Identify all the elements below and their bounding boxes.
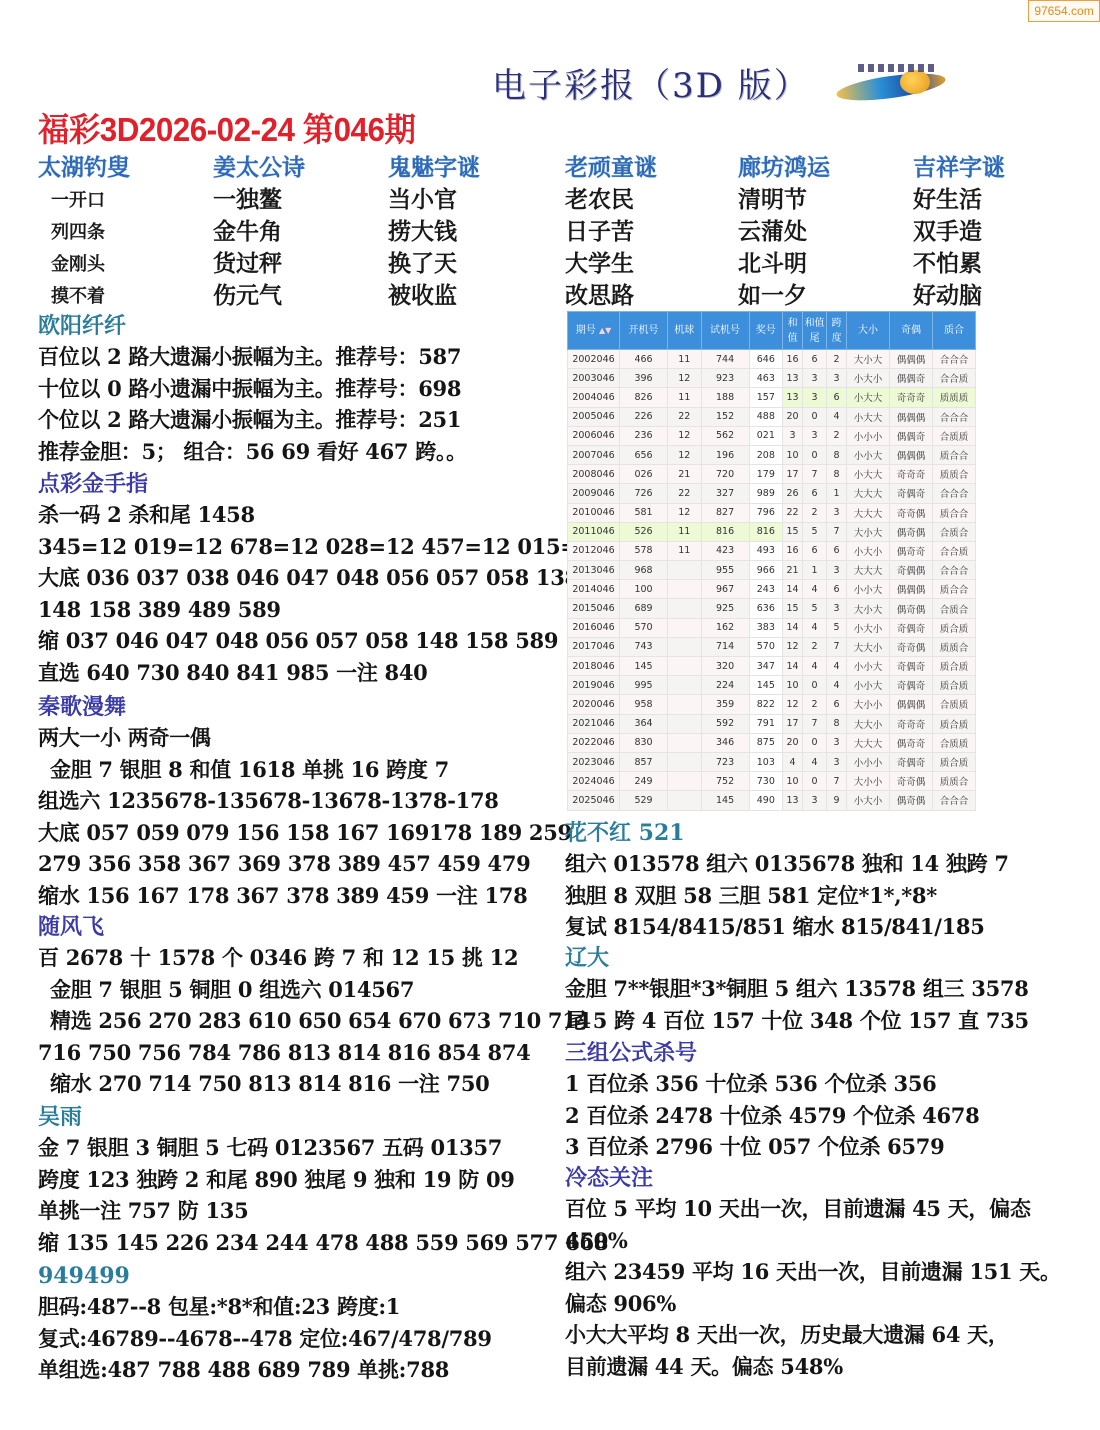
table-cell bbox=[668, 618, 701, 637]
table-cell: 2018046 bbox=[568, 657, 620, 676]
table-cell: 大大大 bbox=[847, 733, 890, 752]
table-cell: 236 bbox=[620, 426, 668, 445]
table-cell: 752 bbox=[701, 772, 749, 791]
table-cell: 4 bbox=[827, 676, 847, 695]
table-cell: 570 bbox=[620, 618, 668, 637]
riddle-author: 吉祥字谜 bbox=[913, 152, 1005, 184]
table-cell: 0 bbox=[803, 733, 827, 752]
riddle-line: 摸不着 bbox=[38, 280, 130, 312]
table-cell: 质合合 bbox=[933, 580, 976, 599]
table-cell: 995 bbox=[620, 676, 668, 695]
section-line: 两大一小 两奇一偶 bbox=[38, 722, 572, 754]
table-cell: 偶偶偶 bbox=[890, 407, 933, 426]
table-cell: 6 bbox=[827, 695, 847, 714]
table-cell: 2020046 bbox=[568, 695, 620, 714]
table-cell: 145 bbox=[749, 676, 782, 695]
riddle-line: 伤元气 bbox=[213, 280, 305, 312]
table-cell: 744 bbox=[701, 350, 749, 369]
table-cell: 4 bbox=[827, 407, 847, 426]
table-cell: 4 bbox=[803, 752, 827, 771]
section-title: 欧阳纤纤 bbox=[38, 311, 467, 341]
table-cell: 726 bbox=[620, 484, 668, 503]
table-cell: 偶偶奇 bbox=[890, 369, 933, 388]
table-cell: 小大大 bbox=[847, 465, 890, 484]
table-cell: 小大大 bbox=[847, 388, 890, 407]
table-cell: 3 bbox=[803, 388, 827, 407]
table-cell: 347 bbox=[749, 657, 782, 676]
section-title: 随风飞 bbox=[38, 912, 591, 942]
table-cell: 968 bbox=[620, 561, 668, 580]
table-cell: 6 bbox=[827, 580, 847, 599]
table-cell: 526 bbox=[620, 522, 668, 541]
table-cell: 偶偶偶 bbox=[890, 580, 933, 599]
table-cell: 13 bbox=[783, 388, 803, 407]
table-cell: 8 bbox=[827, 465, 847, 484]
table-cell: 12 bbox=[668, 503, 701, 522]
col-period[interactable]: 期号 ▲▼ bbox=[568, 312, 620, 350]
table-cell: 925 bbox=[701, 599, 749, 618]
banner: 电子彩报（3D 版） bbox=[492, 58, 954, 107]
table-cell: 320 bbox=[701, 657, 749, 676]
section-wuyu: 吴雨 金 7 银胆 3 铜胆 5 七码 0123567 五码 01357 跨度 … bbox=[38, 1102, 608, 1258]
col-parity: 奇偶 bbox=[890, 312, 933, 350]
table-cell: 8 bbox=[827, 714, 847, 733]
section-line: 缩 135 145 226 234 244 478 488 559 569 57… bbox=[38, 1227, 608, 1259]
table-cell: 合合质 bbox=[933, 541, 976, 560]
table-cell: 12 bbox=[668, 426, 701, 445]
table-cell: 791 bbox=[749, 714, 782, 733]
issue-title: 福彩3D2026-02-24 第046期 bbox=[38, 104, 415, 151]
riddle-line: 好动脑 bbox=[913, 280, 1005, 312]
table-row: 2007046656121962081008小小大偶偶偶质合合 bbox=[568, 445, 976, 464]
table-cell bbox=[668, 733, 701, 752]
section-huabuhong: 花不红 521 组六 013578 组六 0135678 独和 14 独跨 7 … bbox=[565, 818, 1009, 943]
table-cell: 989 bbox=[749, 484, 782, 503]
riddle-line: 北斗明 bbox=[738, 248, 830, 280]
table-cell: 15 bbox=[783, 522, 803, 541]
table-cell: 2007046 bbox=[568, 445, 620, 464]
section-title: 吴雨 bbox=[38, 1102, 608, 1132]
table-cell: 493 bbox=[749, 541, 782, 560]
table-cell: 7 bbox=[803, 714, 827, 733]
table-cell: 958 bbox=[620, 695, 668, 714]
table-cell: 466 bbox=[620, 350, 668, 369]
table-cell: 小大小 bbox=[847, 541, 890, 560]
section-line: 尾 5 跨 4 百位 157 十位 348 个位 157 直 735 bbox=[565, 1005, 1029, 1037]
table-cell: 奇偶奇 bbox=[890, 676, 933, 695]
riddle-author: 鬼魅字谜 bbox=[388, 152, 480, 184]
section-suifengfei: 随风飞 百 2678 十 1578 个 0346 跨 7 和 12 15 挑 1… bbox=[38, 912, 591, 1100]
table-cell: 2 bbox=[827, 350, 847, 369]
col-prize: 奖号 bbox=[749, 312, 782, 350]
table-cell: 16 bbox=[783, 350, 803, 369]
table-cell: 小小大 bbox=[847, 676, 890, 695]
table-cell: 359 bbox=[701, 695, 749, 714]
table-cell: 小大小 bbox=[847, 369, 890, 388]
table-cell: 2017046 bbox=[568, 637, 620, 656]
table-cell: 合合合 bbox=[933, 407, 976, 426]
table-cell: 3 bbox=[803, 791, 827, 810]
table-cell: 偶偶偶 bbox=[890, 695, 933, 714]
table-cell: 奇奇偶 bbox=[890, 772, 933, 791]
table-cell: 830 bbox=[620, 733, 668, 752]
table-cell: 857 bbox=[620, 752, 668, 771]
table-cell: 合质质 bbox=[933, 733, 976, 752]
table-cell: 581 bbox=[620, 503, 668, 522]
table-cell: 6 bbox=[827, 388, 847, 407]
table-cell: 11 bbox=[668, 522, 701, 541]
table-cell: 224 bbox=[701, 676, 749, 695]
section-line: 大底 057 059 079 156 158 167 169178 189 25… bbox=[38, 817, 572, 849]
table-cell: 578 bbox=[620, 541, 668, 560]
table-cell: 6 bbox=[827, 541, 847, 560]
table-cell: 大大小 bbox=[847, 714, 890, 733]
table-cell: 小大小 bbox=[847, 618, 890, 637]
table-row: 2004046826111881571336小大大奇奇奇质质质 bbox=[568, 388, 976, 407]
table-cell: 奇奇奇 bbox=[890, 714, 933, 733]
table-cell: 10 bbox=[783, 772, 803, 791]
table-cell: 875 bbox=[749, 733, 782, 752]
table-row: 2003046396129234631333小大小偶偶奇合合质 bbox=[568, 369, 976, 388]
table-cell: 570 bbox=[749, 637, 782, 656]
table-cell: 2002046 bbox=[568, 350, 620, 369]
table-cell: 质质质 bbox=[933, 388, 976, 407]
table-cell: 22 bbox=[668, 484, 701, 503]
table-cell: 364 bbox=[620, 714, 668, 733]
table-cell: 12 bbox=[668, 445, 701, 464]
table-cell: 3 bbox=[827, 503, 847, 522]
table-cell: 奇奇偶 bbox=[890, 503, 933, 522]
table-cell: 720 bbox=[701, 465, 749, 484]
table-cell: 103 bbox=[749, 752, 782, 771]
table-cell: 合合合 bbox=[933, 561, 976, 580]
table-cell: 13 bbox=[783, 369, 803, 388]
table-row: 20170467437145701227大大小奇奇偶质质合 bbox=[568, 637, 976, 656]
riddle-column: 鬼魅字谜 当小官 捞大钱 换了天 被收监 bbox=[388, 152, 480, 312]
section-title: 辽大 bbox=[565, 943, 1029, 973]
table-cell: 646 bbox=[749, 350, 782, 369]
table-cell: 208 bbox=[749, 445, 782, 464]
riddle-line: 金牛角 bbox=[213, 216, 305, 248]
table-cell: 2006046 bbox=[568, 426, 620, 445]
table-cell bbox=[668, 752, 701, 771]
section-diancai: 点彩金手指 杀一码 2 杀和尾 1458 345=12 019=12 678=1… bbox=[38, 469, 606, 688]
table-cell: 17 bbox=[783, 714, 803, 733]
table-row: 20210463645927911778大大小奇奇奇质合质 bbox=[568, 714, 976, 733]
riddle-author: 老顽童谜 bbox=[565, 152, 657, 184]
section-title: 949499 bbox=[38, 1261, 492, 1291]
table-cell: 423 bbox=[701, 541, 749, 560]
table-cell bbox=[668, 637, 701, 656]
table-cell: 偶奇偶 bbox=[890, 791, 933, 810]
table-cell: 质合质 bbox=[933, 752, 976, 771]
table-cell: 质质合 bbox=[933, 465, 976, 484]
table-cell: 826 bbox=[620, 388, 668, 407]
table-cell: 923 bbox=[701, 369, 749, 388]
riddle-author: 姜太公诗 bbox=[213, 152, 305, 184]
section-line: 单挑一注 757 防 135 bbox=[38, 1195, 608, 1227]
table-cell: 11 bbox=[668, 388, 701, 407]
table-cell: 奇偶偶 bbox=[890, 561, 933, 580]
col-span: 跨度 bbox=[827, 312, 847, 350]
table-cell bbox=[668, 657, 701, 676]
section-line: 复式:46789--4678--478 定位:467/478/789 bbox=[38, 1323, 492, 1355]
section-ouyang: 欧阳纤纤 百位以 2 路大遗漏小振幅为主。推荐号：587 十位以 0 路小遗漏中… bbox=[38, 311, 467, 467]
table-row: 2023046857723103443小小小奇偶奇质合质 bbox=[568, 752, 976, 771]
table-cell: 743 bbox=[620, 637, 668, 656]
table-cell: 2019046 bbox=[568, 676, 620, 695]
table-cell: 4 bbox=[783, 752, 803, 771]
table-cell: 2024046 bbox=[568, 772, 620, 791]
table-cell: 大大大 bbox=[847, 561, 890, 580]
table-cell: 偶奇奇 bbox=[890, 541, 933, 560]
table-cell: 7 bbox=[827, 637, 847, 656]
table-cell: 质质合 bbox=[933, 637, 976, 656]
table-row: 20250465291454901339小大小偶奇偶合合合 bbox=[568, 791, 976, 810]
table-cell: 大小大 bbox=[847, 350, 890, 369]
table-cell: 730 bbox=[749, 772, 782, 791]
table-cell bbox=[668, 791, 701, 810]
table-cell bbox=[668, 714, 701, 733]
table-cell: 14 bbox=[783, 580, 803, 599]
section-949499: 949499 胆码:487--8 包星:*8*和值:23 跨度:1 复式:467… bbox=[38, 1261, 492, 1386]
riddle-line: 金刚头 bbox=[38, 248, 130, 280]
table-cell bbox=[668, 676, 701, 695]
table-cell: 20 bbox=[783, 407, 803, 426]
section-line: 复试 8154/8415/851 缩水 815/841/185 bbox=[565, 911, 1009, 943]
table-cell: 大大小 bbox=[847, 637, 890, 656]
table-cell: 562 bbox=[701, 426, 749, 445]
table-row: 2012046578114234931666小大小偶奇奇合合质 bbox=[568, 541, 976, 560]
table-cell: 质合合 bbox=[933, 445, 976, 464]
table-cell: 3 bbox=[783, 426, 803, 445]
table-row: 2005046226221524882004小大大偶偶偶合合合 bbox=[568, 407, 976, 426]
table-cell bbox=[668, 561, 701, 580]
table-cell: 合合合 bbox=[933, 791, 976, 810]
table-cell: 12 bbox=[668, 369, 701, 388]
riddle-column: 吉祥字谜 好生活 双手造 不怕累 好动脑 bbox=[913, 152, 1005, 312]
table-cell: 小大大 bbox=[847, 407, 890, 426]
riddle-line: 好生活 bbox=[913, 184, 1005, 216]
table-cell: 656 bbox=[620, 445, 668, 464]
section-line: 大底 036 037 038 046 047 048 056 057 058 1… bbox=[38, 562, 606, 594]
table-cell: 大大大 bbox=[847, 503, 890, 522]
section-line: 单组选:487 788 488 689 789 单挑:788 bbox=[38, 1354, 492, 1386]
section-line: 十位以 0 路小遗漏中振幅为主。推荐号：698 bbox=[38, 373, 467, 405]
table-cell: 145 bbox=[620, 657, 668, 676]
table-cell: 大小小 bbox=[847, 695, 890, 714]
table-cell: 2022046 bbox=[568, 733, 620, 752]
section-line: 金胆 7 银胆 5 铜胆 0 组选六 014567 bbox=[38, 974, 591, 1006]
table-cell: 243 bbox=[749, 580, 782, 599]
table-cell: 大小大 bbox=[847, 599, 890, 618]
table-cell: 2005046 bbox=[568, 407, 620, 426]
table-cell: 偶奇偶 bbox=[890, 599, 933, 618]
table-cell: 488 bbox=[749, 407, 782, 426]
table-cell: 小小大 bbox=[847, 580, 890, 599]
section-title: 秦歌漫舞 bbox=[38, 692, 572, 722]
section-line: 胆码:487--8 包星:*8*和值:23 跨度:1 bbox=[38, 1291, 492, 1323]
table-cell: 2 bbox=[827, 426, 847, 445]
table-cell: 20 bbox=[783, 733, 803, 752]
table-cell: 2003046 bbox=[568, 369, 620, 388]
section-line: 金 7 银胆 3 铜胆 5 七码 0123567 五码 01357 bbox=[38, 1132, 608, 1164]
table-cell: 偶偶偶 bbox=[890, 350, 933, 369]
section-line: 独胆 8 双胆 58 三胆 581 定位*1*,*8* bbox=[565, 880, 1009, 912]
site-watermark: 97654.com bbox=[1028, 0, 1100, 22]
table-cell: 100 bbox=[620, 580, 668, 599]
table-cell: 162 bbox=[701, 618, 749, 637]
col-sum: 和值 bbox=[783, 312, 803, 350]
section-line: 组六 013578 组六 0135678 独和 14 独跨 7 bbox=[565, 848, 1009, 880]
table-cell: 2013046 bbox=[568, 561, 620, 580]
table-cell: 723 bbox=[701, 752, 749, 771]
table-cell: 10 bbox=[783, 445, 803, 464]
section-line: 金胆 7 银胆 8 和值 1618 单挑 16 跨度 7 bbox=[38, 754, 572, 786]
sort-icon[interactable]: ▲▼ bbox=[599, 326, 611, 335]
section-line: 组选六 1235678-135678-13678-1378-178 bbox=[38, 785, 572, 817]
table-cell: 3 bbox=[827, 561, 847, 580]
col-open: 开机号 bbox=[620, 312, 668, 350]
table-cell: 大大大 bbox=[847, 484, 890, 503]
table-cell: 3 bbox=[827, 752, 847, 771]
section-line: 百位 5 平均 10 天出一次，目前遗漏 45 天，偏态 bbox=[565, 1193, 1061, 1225]
riddle-line: 不怕累 bbox=[913, 248, 1005, 280]
col-ball: 机球 bbox=[668, 312, 701, 350]
table-cell: 966 bbox=[749, 561, 782, 580]
section-line: 345=12 019=12 678=12 028=12 457=12 015=1… bbox=[38, 531, 606, 563]
riddle-line: 改思路 bbox=[565, 280, 657, 312]
table-cell: 7 bbox=[803, 465, 827, 484]
table-cell: 13 bbox=[783, 791, 803, 810]
riddle-column: 太湖钓叟 一开口 列四条 金刚头 摸不着 bbox=[38, 152, 130, 312]
table-cell: 奇偶奇 bbox=[890, 484, 933, 503]
table-row: 20160465701623831445小大小奇偶奇质合质 bbox=[568, 618, 976, 637]
riddle-line: 列四条 bbox=[38, 216, 130, 248]
table-cell: 15 bbox=[783, 599, 803, 618]
riddle-line: 日子苦 bbox=[565, 216, 657, 248]
riddle-line: 如一夕 bbox=[738, 280, 830, 312]
table-cell: 3 bbox=[827, 733, 847, 752]
riddle-column: 姜太公诗 一独鳌 金牛角 货过秤 伤元气 bbox=[213, 152, 305, 312]
table-cell: 152 bbox=[701, 407, 749, 426]
table-cell: 9 bbox=[827, 791, 847, 810]
riddle-grid: 太湖钓叟 一开口 列四条 金刚头 摸不着 姜太公诗 一独鳌 金牛角 货过秤 伤元… bbox=[38, 152, 1088, 312]
col-size: 大小 bbox=[847, 312, 890, 350]
table-cell: 11 bbox=[668, 541, 701, 560]
table-cell: 14 bbox=[783, 618, 803, 637]
riddle-line: 被收监 bbox=[388, 280, 480, 312]
table-row: 20140461009672431446小小大偶偶偶质合合 bbox=[568, 580, 976, 599]
table-cell: 0 bbox=[803, 676, 827, 695]
section-line: 缩 037 046 047 048 056 057 058 148 158 58… bbox=[38, 625, 606, 657]
table-cell: 592 bbox=[701, 714, 749, 733]
table-row: 2009046726223279892661大大大奇偶奇合合合 bbox=[568, 484, 976, 503]
section-liaoda: 辽大 金胆 7**银胆*3*铜胆 5 组六 13578 组三 3578 尾 5 … bbox=[565, 943, 1029, 1036]
table-cell: 22 bbox=[783, 503, 803, 522]
section-sanzu: 三组公式杀号 1 百位杀 356 十位杀 536 个位杀 356 2 百位杀 2… bbox=[565, 1038, 979, 1163]
table-row: 2010046581128277962223大大大奇奇偶质合合 bbox=[568, 503, 976, 522]
table-cell: 合质合 bbox=[933, 599, 976, 618]
table-cell: 3 bbox=[803, 369, 827, 388]
section-line: 金胆 7**银胆*3*铜胆 5 组六 13578 组三 3578 bbox=[565, 973, 1029, 1005]
table-cell: 2015046 bbox=[568, 599, 620, 618]
riddle-line: 当小官 bbox=[388, 184, 480, 216]
table-cell bbox=[668, 772, 701, 791]
table-row: 200604623612562021332小小小偶偶奇合质质 bbox=[568, 426, 976, 445]
table-cell: 质合质 bbox=[933, 676, 976, 695]
table-cell: 质质合 bbox=[933, 772, 976, 791]
table-cell: 偶偶奇 bbox=[890, 426, 933, 445]
riddle-line: 货过秤 bbox=[213, 248, 305, 280]
section-line: 1 百位杀 356 十位杀 536 个位杀 356 bbox=[565, 1068, 979, 1100]
table-cell: 3 bbox=[803, 426, 827, 445]
riddle-line: 一独鳌 bbox=[213, 184, 305, 216]
col-sum-tail: 和值尾 bbox=[803, 312, 827, 350]
table-cell: 396 bbox=[620, 369, 668, 388]
table-cell: 2 bbox=[803, 637, 827, 656]
table-cell: 249 bbox=[620, 772, 668, 791]
section-line: 个位以 2 路大遗漏小振幅为主。推荐号：251 bbox=[38, 404, 467, 436]
table-cell: 合合合 bbox=[933, 350, 976, 369]
table-cell: 816 bbox=[749, 522, 782, 541]
table-cell: 827 bbox=[701, 503, 749, 522]
col-trial: 试机号 bbox=[701, 312, 749, 350]
table-body: 2002046466117446461662大小大偶偶偶合合合200304639… bbox=[568, 350, 976, 811]
table-cell: 奇奇奇 bbox=[890, 388, 933, 407]
table-cell bbox=[668, 599, 701, 618]
table-cell: 奇偶奇 bbox=[890, 657, 933, 676]
table-cell: 0 bbox=[803, 445, 827, 464]
riddle-line: 捞大钱 bbox=[388, 216, 480, 248]
table-cell: 小小大 bbox=[847, 445, 890, 464]
table-cell: 2009046 bbox=[568, 484, 620, 503]
table-cell: 奇偶奇 bbox=[890, 752, 933, 771]
section-line: 精选 256 270 283 610 650 654 670 673 710 7… bbox=[38, 1005, 591, 1037]
table-cell: 1 bbox=[827, 484, 847, 503]
table-cell: 796 bbox=[749, 503, 782, 522]
table-cell: 11 bbox=[668, 350, 701, 369]
table-cell: 346 bbox=[701, 733, 749, 752]
table-row: 2008046026217201791778小大大奇奇奇质质合 bbox=[568, 465, 976, 484]
table-cell: 2014046 bbox=[568, 580, 620, 599]
section-qinge: 秦歌漫舞 两大一小 两奇一偶 金胆 7 银胆 8 和值 1618 单挑 16 跨… bbox=[38, 692, 572, 911]
table-cell: 327 bbox=[701, 484, 749, 503]
table-cell: 偶奇奇 bbox=[890, 733, 933, 752]
table-cell: 1 bbox=[803, 561, 827, 580]
table-row: 2002046466117446461662大小大偶偶偶合合合 bbox=[568, 350, 976, 369]
table-cell: 2025046 bbox=[568, 791, 620, 810]
section-title: 三组公式杀号 bbox=[565, 1038, 979, 1068]
table-cell: 合质质 bbox=[933, 695, 976, 714]
riddle-author: 太湖钓叟 bbox=[38, 152, 130, 184]
table-cell: 490 bbox=[749, 791, 782, 810]
table-cell: 合质合 bbox=[933, 522, 976, 541]
riddle-line: 云蒲处 bbox=[738, 216, 830, 248]
section-lengtai: 冷态关注 百位 5 平均 10 天出一次，目前遗漏 45 天，偏态 450% 组… bbox=[565, 1163, 1061, 1382]
table-cell: 质合质 bbox=[933, 618, 976, 637]
table-cell: 6 bbox=[803, 350, 827, 369]
section-line: 百位以 2 路大遗漏小振幅为主。推荐号：587 bbox=[38, 341, 467, 373]
table-row: 20200469583598221226大小小偶偶偶合质质 bbox=[568, 695, 976, 714]
table-row: 20190469952241451004小小大奇偶奇质合质 bbox=[568, 676, 976, 695]
banner-title: 电子彩报（3D 版） bbox=[492, 58, 810, 107]
table-cell: 463 bbox=[749, 369, 782, 388]
table-header-row: 期号 ▲▼ 开机号 机球 试机号 奖号 和值 和值尾 跨度 大小 奇偶 质合 bbox=[568, 312, 976, 350]
table-cell: 8 bbox=[827, 445, 847, 464]
table-cell: 967 bbox=[701, 580, 749, 599]
table-cell: 3 bbox=[827, 599, 847, 618]
